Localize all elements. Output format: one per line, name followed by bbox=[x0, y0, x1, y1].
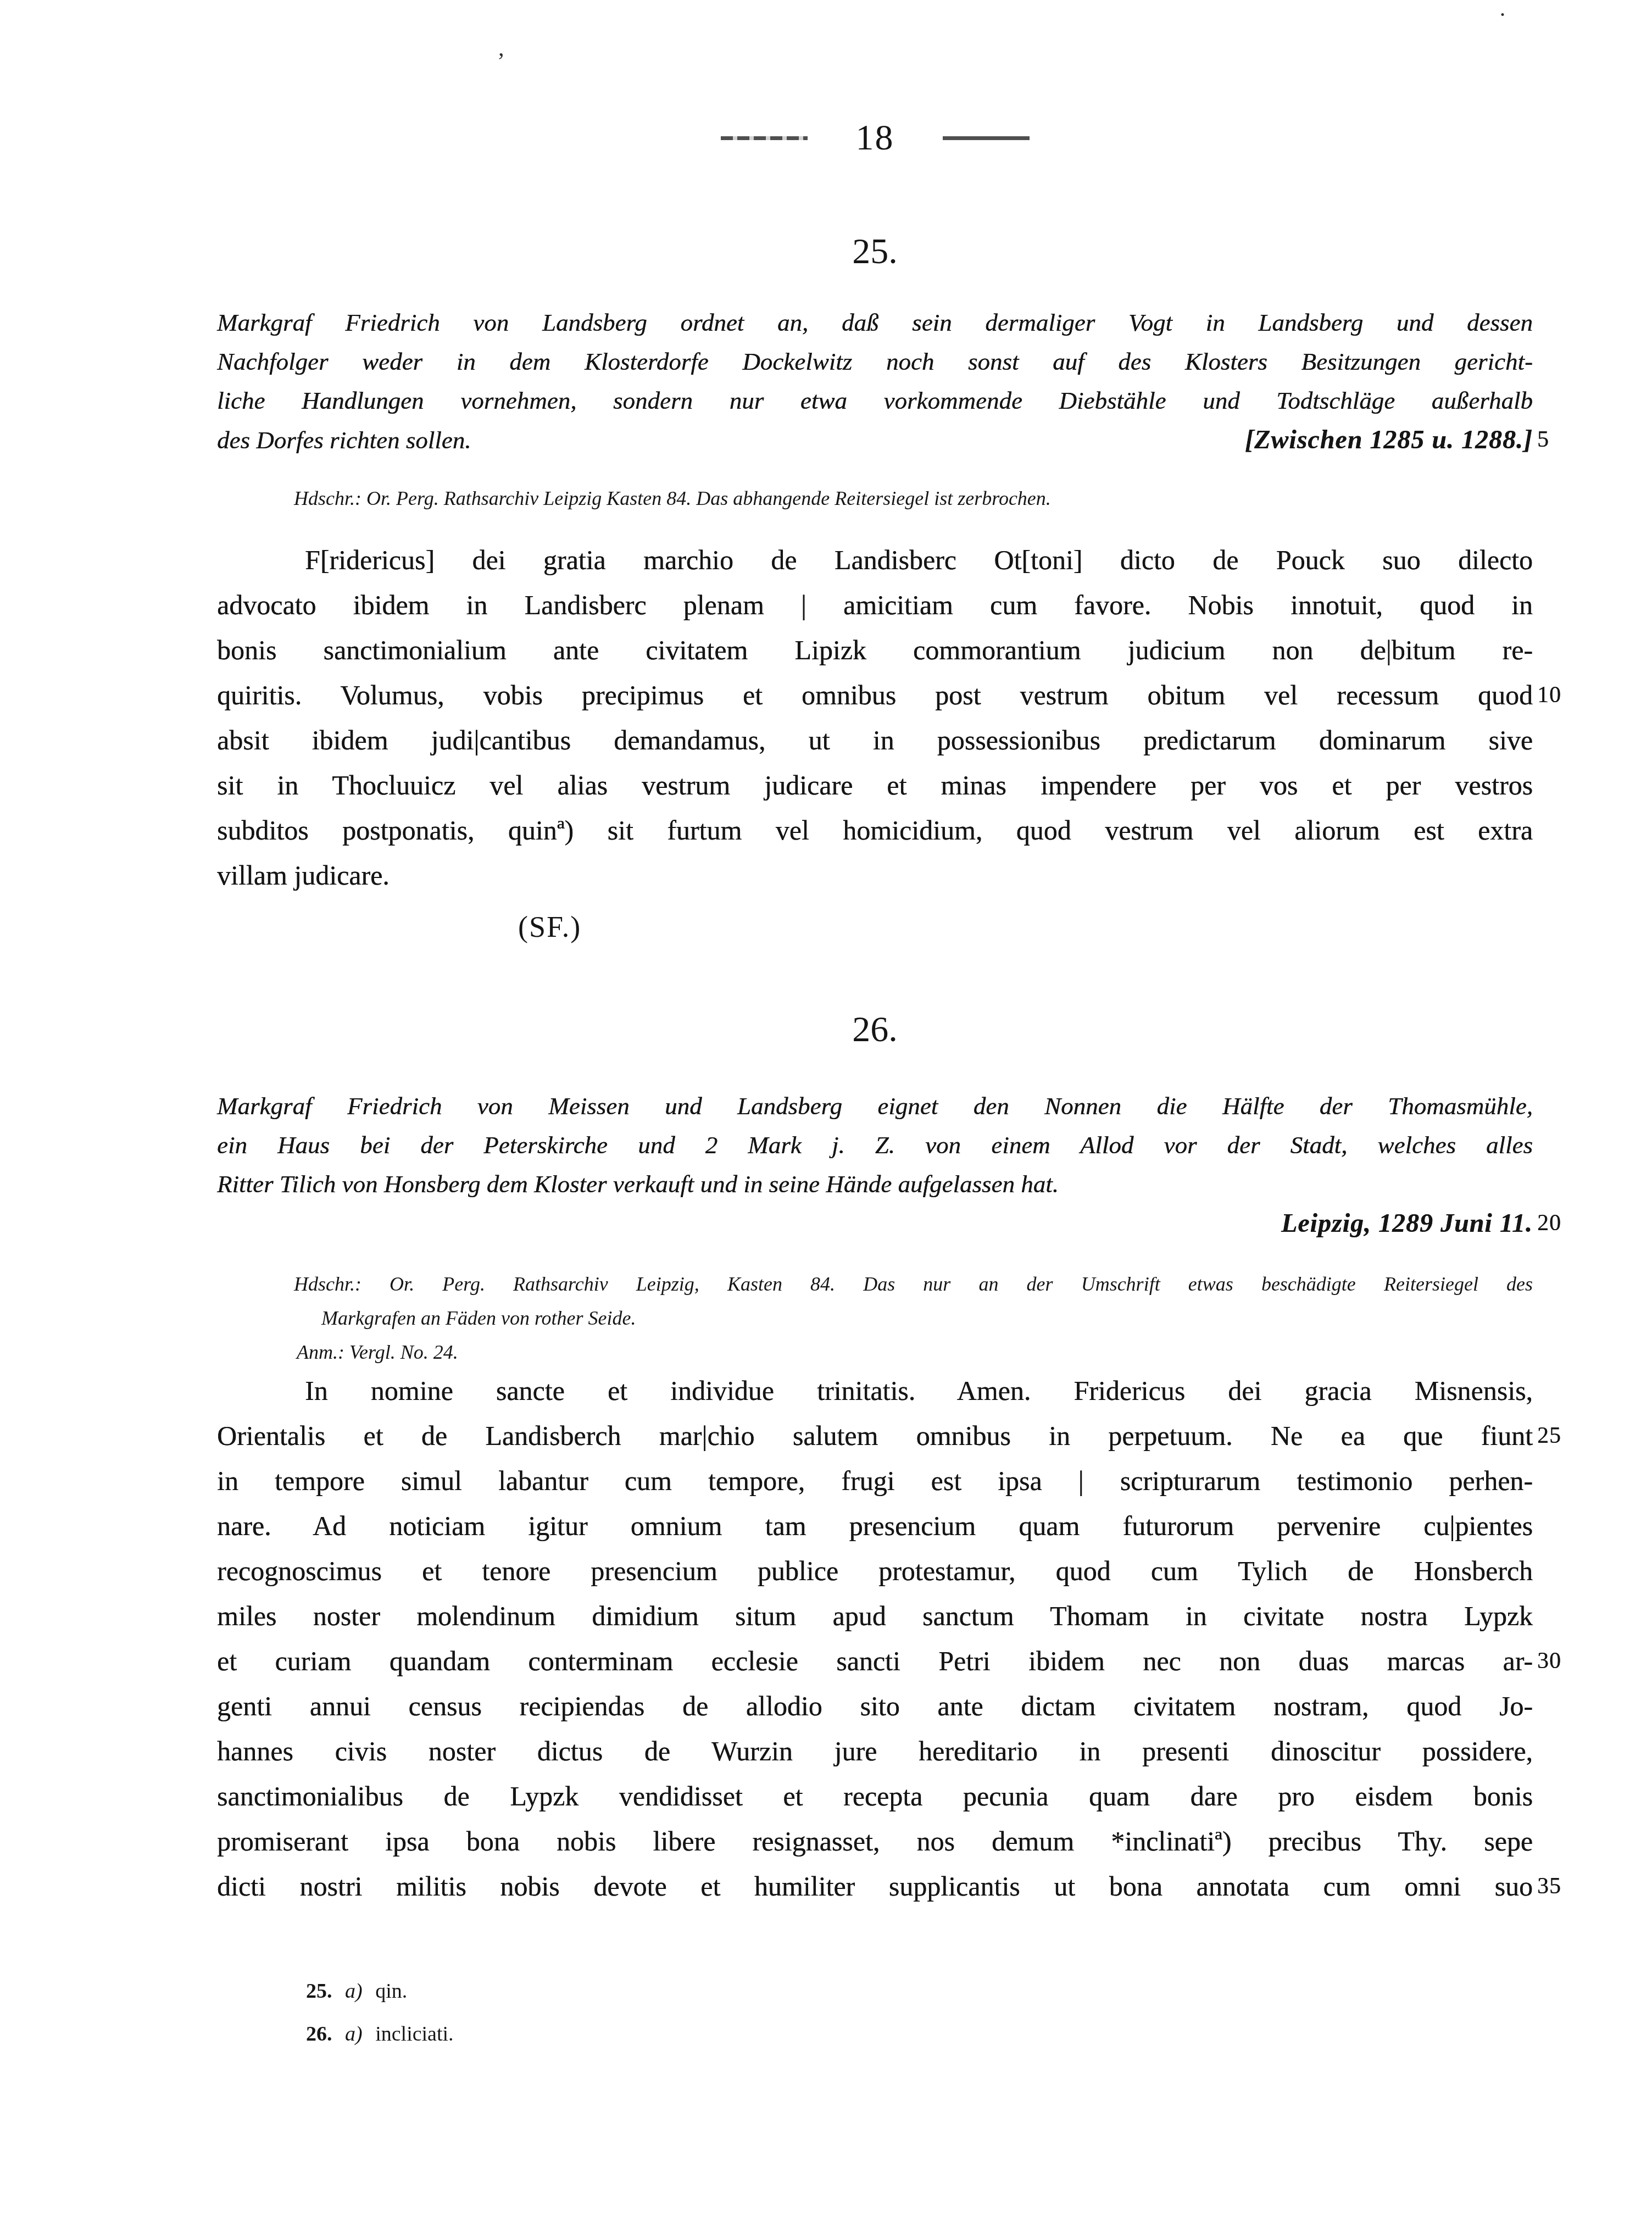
line-text: miles noster molendinum dimidium situm a… bbox=[217, 1601, 1533, 1631]
running-head: 18 bbox=[217, 113, 1533, 163]
line-text: nare. Ad noticiam igitur omnium tam pres… bbox=[217, 1510, 1533, 1541]
line-text: Markgrafen an Fäden von rother Seide. bbox=[321, 1307, 636, 1329]
text-line: Hdschr.: Or. Perg. Rathsarchiv Leipzig K… bbox=[217, 481, 1533, 515]
entry-26-source-note: Hdschr.: Or. Perg. Rathsarchiv Leipzig, … bbox=[217, 1267, 1533, 1335]
line-text: et curiam quandam conterminam ecclesie s… bbox=[217, 1646, 1533, 1676]
text-line: ein Haus bei der Peterskirche und 2 Mark… bbox=[217, 1126, 1533, 1165]
margin-line-number: 25 bbox=[1537, 1413, 1598, 1458]
text-line: et curiam quandam conterminam ecclesie s… bbox=[217, 1638, 1533, 1683]
entry-25-seal-line: (SF.)15 bbox=[217, 904, 1533, 949]
line-text: recognoscimus et tenore presencium publi… bbox=[217, 1555, 1533, 1586]
footnotes: 25. a) qin. 26. a) incliciati. bbox=[217, 1970, 1622, 2055]
text-line: (SF.)15 bbox=[217, 904, 1533, 949]
text-line: Ritter Tilich von Honsberg dem Kloster v… bbox=[217, 1165, 1533, 1204]
entry-25-body: F[ridericus] dei gratia marchio de Landi… bbox=[217, 537, 1533, 898]
entry-26-regest: Markgraf Friedrich von Meissen und Lands… bbox=[217, 1087, 1533, 1243]
line-text: quiritis. Volumus, vobis precipimus et o… bbox=[217, 680, 1533, 710]
text-line: des Dorfes richten sollen.[Zwischen 1285… bbox=[217, 420, 1533, 460]
margin-line-number: 30 bbox=[1537, 1638, 1598, 1683]
text-line: in tempore simul labantur cum tempore, f… bbox=[217, 1458, 1533, 1503]
page-number: 18 bbox=[856, 113, 894, 163]
text-line: Orientalis et de Landisberch mar|chio sa… bbox=[217, 1413, 1533, 1458]
entry-25-regest: Markgraf Friedrich von Landsberg ordnet … bbox=[217, 303, 1533, 460]
entry-26-annotation: Anm.: Vergl. No. 24. bbox=[217, 1335, 1533, 1369]
text-line: In nomine sancte et individue trinitatis… bbox=[217, 1368, 1533, 1413]
line-text: dicti nostri militis nobis devote et hum… bbox=[217, 1871, 1533, 1902]
text-line: villam judicare. bbox=[217, 853, 1533, 898]
text-line: promiserant ipsa bona nobis libere resig… bbox=[217, 1819, 1533, 1864]
margin-line-number: 5 bbox=[1537, 420, 1598, 459]
text-line: Leipzig, 1289 Juni 11.20 bbox=[217, 1204, 1533, 1243]
text-line: advocato ibidem in Landisberc plenam | a… bbox=[217, 582, 1533, 627]
footnote-text: qin. bbox=[375, 1980, 407, 2003]
text-line: Hdschr.: Or. Perg. Rathsarchiv Leipzig, … bbox=[217, 1267, 1533, 1301]
line-date: [Zwischen 1285 u. 1288.] bbox=[1245, 420, 1533, 459]
entry-25-number: 25. bbox=[217, 226, 1533, 277]
text-line: sanctimonialibus de Lypzk vendidisset et… bbox=[217, 1774, 1533, 1819]
footnote-entry-number: 25. bbox=[306, 1980, 332, 2003]
line-text: liche Handlungen vornehmen, sondern nur … bbox=[217, 387, 1533, 414]
line-text: genti annui census recipiendas de allodi… bbox=[217, 1691, 1533, 1721]
text-line: subditos postponatis, quinª) sit furtum … bbox=[217, 808, 1533, 853]
scan-artifact: ’ bbox=[497, 48, 505, 75]
line-text: promiserant ipsa bona nobis libere resig… bbox=[217, 1826, 1533, 1857]
line-text: Markgraf Friedrich von Meissen und Lands… bbox=[217, 1092, 1533, 1120]
text-line: absit ibidem judi|cantibus demandamus, u… bbox=[217, 718, 1533, 763]
margin-line-number: 10 bbox=[1537, 673, 1598, 718]
line-text: hannes civis noster dictus de Wurzin jur… bbox=[217, 1736, 1533, 1766]
footnote-marker: a) bbox=[345, 2022, 363, 2046]
entry-26-body: In nomine sancte et individue trinitatis… bbox=[217, 1368, 1533, 1909]
line-text: In nomine sancte et individue trinitatis… bbox=[305, 1375, 1533, 1406]
line-text: Markgraf Friedrich von Landsberg ordnet … bbox=[217, 309, 1533, 336]
text-line: dicti nostri militis nobis devote et hum… bbox=[217, 1864, 1533, 1909]
footnote-row: 25. a) qin. bbox=[306, 1970, 1622, 2013]
line-text: villam judicare. bbox=[217, 860, 390, 891]
margin-line-number: 15 bbox=[1537, 904, 1598, 949]
text-line: Markgraf Friedrich von Meissen und Lands… bbox=[217, 1087, 1533, 1126]
line-text: des Dorfes richten sollen. bbox=[217, 421, 471, 460]
line-text: subditos postponatis, quinª) sit furtum … bbox=[217, 815, 1533, 846]
text-line: recognoscimus et tenore presencium publi… bbox=[217, 1548, 1533, 1593]
footnote-row: 26. a) incliciati. bbox=[306, 2013, 1622, 2055]
footnote-marker: a) bbox=[345, 1980, 363, 2003]
text-line: hannes civis noster dictus de Wurzin jur… bbox=[217, 1729, 1533, 1774]
line-text: Anm.: Vergl. No. 24. bbox=[297, 1341, 458, 1363]
text-line: Anm.: Vergl. No. 24. bbox=[217, 1335, 1533, 1369]
text-line: quiritis. Volumus, vobis precipimus et o… bbox=[217, 673, 1533, 718]
line-text: sit in Thocluuicz vel alias vestrum judi… bbox=[217, 770, 1533, 801]
book-page: 18 ’ · 25. Markgraf Friedrich von Landsb… bbox=[0, 0, 1652, 2234]
line-text: Nachfolger weder in dem Klosterdorfe Doc… bbox=[217, 348, 1533, 375]
line-text: F[ridericus] dei gratia marchio de Landi… bbox=[305, 544, 1533, 575]
entry-26-number: 26. bbox=[217, 1004, 1533, 1055]
text-line: miles noster molendinum dimidium situm a… bbox=[217, 1593, 1533, 1638]
line-text: advocato ibidem in Landisberc plenam | a… bbox=[217, 590, 1533, 620]
text-line: F[ridericus] dei gratia marchio de Landi… bbox=[217, 537, 1533, 582]
margin-line-number: 35 bbox=[1537, 1864, 1598, 1909]
line-text: ein Haus bei der Peterskirche und 2 Mark… bbox=[217, 1131, 1533, 1159]
line-text: absit ibidem judi|cantibus demandamus, u… bbox=[217, 725, 1533, 755]
header-rule-left bbox=[721, 136, 808, 140]
text-line: genti annui census recipiendas de allodi… bbox=[217, 1683, 1533, 1729]
line-text: Ritter Tilich von Honsberg dem Kloster v… bbox=[217, 1170, 1059, 1198]
line-text: Hdschr.: Or. Perg. Rathsarchiv Leipzig, … bbox=[294, 1273, 1533, 1295]
header-rule-right bbox=[943, 136, 1030, 140]
text-line: Markgrafen an Fäden von rother Seide. bbox=[217, 1301, 1533, 1335]
line-date: Leipzig, 1289 Juni 11. bbox=[1281, 1204, 1533, 1243]
line-text: (SF.) bbox=[518, 910, 581, 943]
text-line: Nachfolger weder in dem Klosterdorfe Doc… bbox=[217, 342, 1533, 381]
footnote-text: incliciati. bbox=[375, 2022, 453, 2046]
line-text: Hdschr.: Or. Perg. Rathsarchiv Leipzig K… bbox=[294, 487, 1051, 509]
line-text: Orientalis et de Landisberch mar|chio sa… bbox=[217, 1420, 1533, 1451]
entry-25-source-note: Hdschr.: Or. Perg. Rathsarchiv Leipzig K… bbox=[217, 481, 1533, 515]
line-text: bonis sanctimonialium ante civitatem Lip… bbox=[217, 635, 1533, 665]
footnote-entry-number: 26. bbox=[306, 2022, 332, 2046]
text-line: sit in Thocluuicz vel alias vestrum judi… bbox=[217, 763, 1533, 808]
text-line: Markgraf Friedrich von Landsberg ordnet … bbox=[217, 303, 1533, 342]
scan-artifact: · bbox=[1499, 2, 1506, 29]
text-line: liche Handlungen vornehmen, sondern nur … bbox=[217, 381, 1533, 420]
text-line: nare. Ad noticiam igitur omnium tam pres… bbox=[217, 1503, 1533, 1548]
line-text: sanctimonialibus de Lypzk vendidisset et… bbox=[217, 1781, 1533, 1811]
line-text: in tempore simul labantur cum tempore, f… bbox=[217, 1465, 1533, 1496]
margin-line-number: 20 bbox=[1537, 1204, 1598, 1243]
text-line: bonis sanctimonialium ante civitatem Lip… bbox=[217, 627, 1533, 673]
